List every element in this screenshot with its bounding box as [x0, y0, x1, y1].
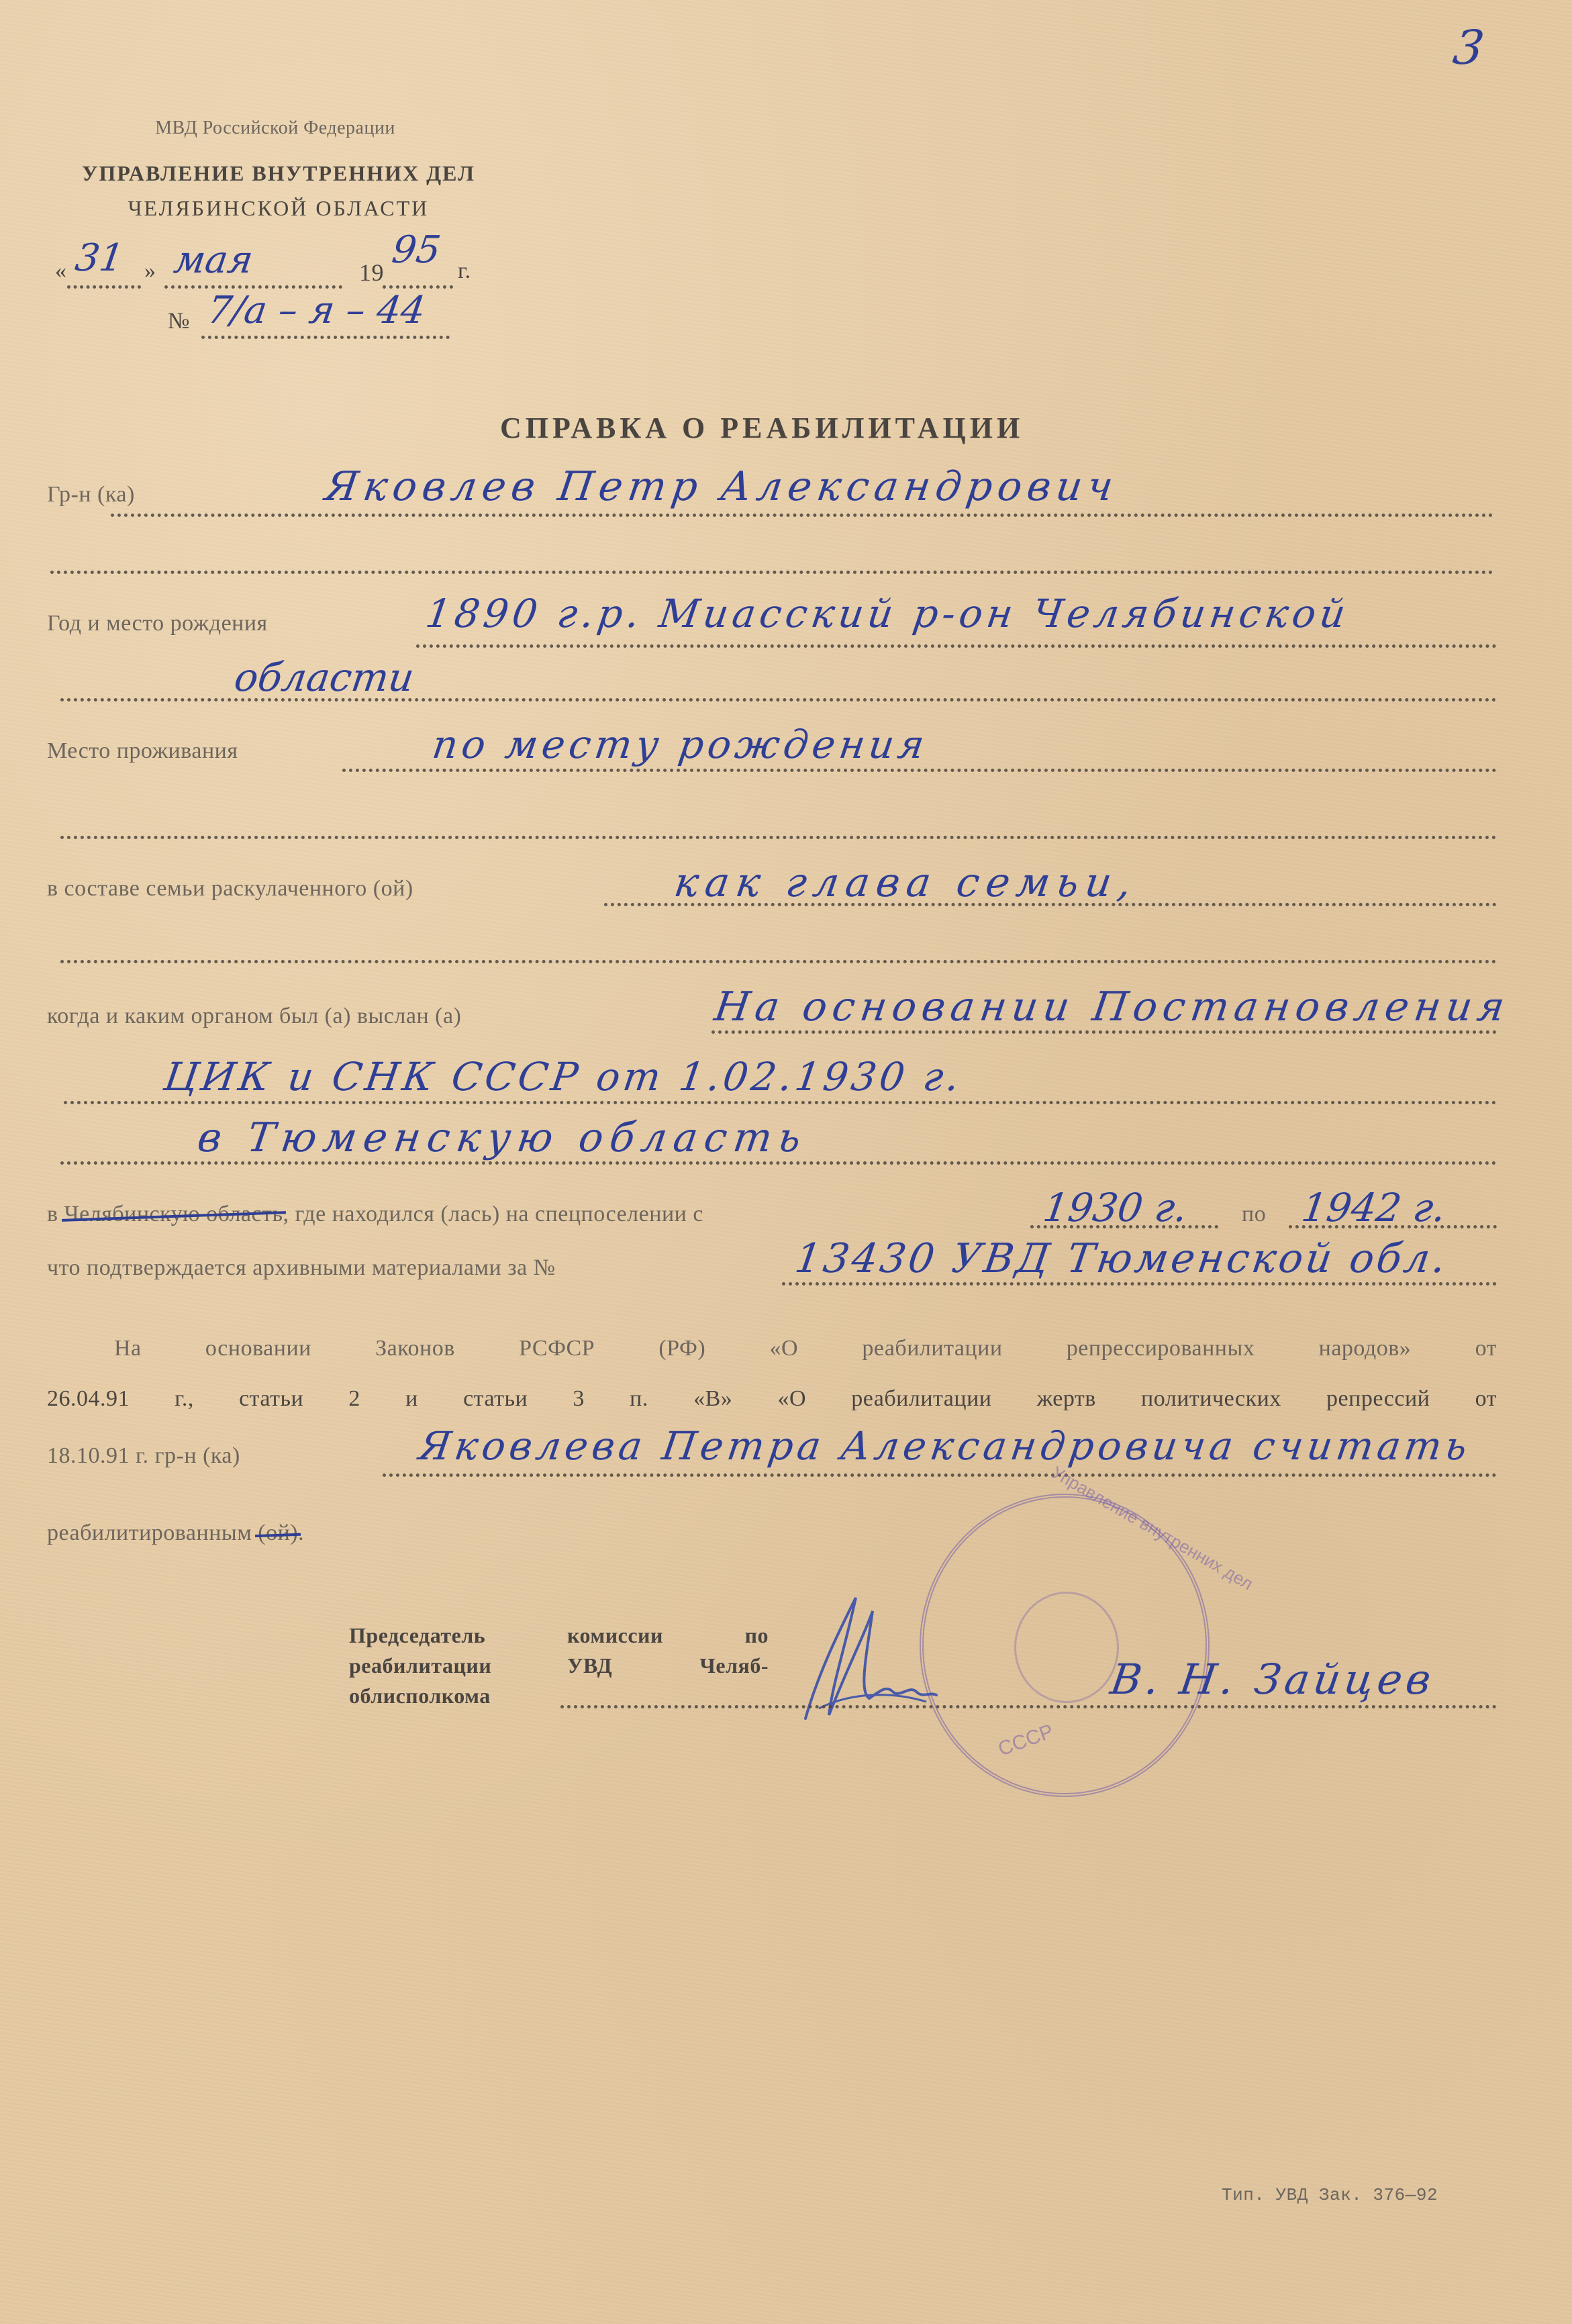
signer-title-line3: облисполкома: [349, 1684, 491, 1708]
settlement-to-label: по: [1242, 1202, 1266, 1227]
settlement-to-value: 1942 г.: [1299, 1185, 1448, 1230]
birth-value-line2: области: [232, 655, 417, 700]
settlement-struck-region: Челябинскую область: [64, 1202, 283, 1227]
date-year-prefix: 19: [359, 258, 384, 287]
deported-value-line2: ЦИК и СНК СССР от 1.02.1930 г.: [161, 1054, 965, 1100]
paragraph-line1: На основании Законов РСФСР (РФ) «О реаби…: [114, 1336, 1497, 1361]
deported-label: когда и каким органом был (а) выслан (а): [47, 1004, 461, 1029]
date-year-suffix: 95: [389, 228, 443, 272]
residence-value: по месту рождения: [430, 722, 931, 767]
family-label: в составе семьи раскулаченного (ой): [47, 876, 413, 902]
birth-value-line1: 1890 г.р. Миасский р-он Челябинской: [423, 591, 1353, 636]
settlement-text: , где находился (лась) на спецпоселении …: [283, 1202, 703, 1226]
date-day: 31: [72, 236, 126, 280]
department-name-line1: УПРАВЛЕНИЕ ВНУТРЕННИХ ДЕЛ: [54, 161, 503, 186]
deported-value-line1: На основании Постановления: [711, 983, 1513, 1030]
date-close-quote: »: [144, 258, 156, 284]
paragraph-line2: 26.04.91 г., статьи 2 и статьи 3 п. «В» …: [47, 1386, 1497, 1412]
date-month: мая: [171, 238, 256, 282]
closing-text: реабилитированным: [47, 1520, 252, 1545]
rehabilitated-person-value: Яковлева Петра Александровича считать: [416, 1423, 1474, 1469]
stamp-text-bottom: СССР: [995, 1720, 1057, 1761]
number-value: 7/а – я – 44: [205, 289, 428, 332]
family-value: как глава семьи,: [671, 859, 1141, 906]
paragraph-line3-label: 18.10.91 г. гр-н (ка): [47, 1443, 240, 1469]
settlement-from-value: 1930 г.: [1040, 1185, 1190, 1230]
signer-title-line2-left: реабилитации: [349, 1653, 491, 1678]
document-title: СПРАВКА О РЕАБИЛИТАЦИИ: [500, 411, 1024, 445]
deported-value-line3: в Тюменскую область: [195, 1114, 810, 1161]
stamp-text: Управление внутренних дел: [1048, 1462, 1257, 1594]
closing-struck: (ой): [258, 1520, 298, 1546]
archive-label: что подтверждается архивными материалами…: [47, 1255, 556, 1281]
date-open-quote: «: [55, 258, 67, 284]
birth-label: Год и место рождения: [47, 611, 268, 636]
signer-title-line2-right: УВД Челяб-: [567, 1653, 769, 1678]
ministry-name: МВД Российской Федерации: [101, 117, 450, 139]
print-info: Тип. УВД Зак. 376—92: [1222, 2185, 1438, 2205]
page-number-mark: 3: [1450, 20, 1487, 75]
signer-title-line1-right: комиссии по: [567, 1623, 769, 1648]
department-name-line2: ЧЕЛЯБИНСКОЙ ОБЛАСТИ: [54, 196, 503, 221]
settlement-prefix: в: [47, 1202, 58, 1226]
citizen-value: Яковлев Петр Александрович: [322, 463, 1121, 510]
citizen-label: Гр-н (ка): [47, 482, 135, 507]
archive-value: 13430 УВД Тюменской обл.: [792, 1235, 1451, 1282]
stamp-emblem: [1014, 1592, 1119, 1703]
residence-label: Место проживания: [47, 738, 238, 764]
handwritten-signature-icon: [792, 1591, 946, 1732]
date-year-unit: г.: [458, 258, 471, 284]
signer-title-line1-left: Председатель: [349, 1623, 485, 1648]
number-label: №: [168, 309, 190, 334]
official-stamp: Управление внутренних дел СССР: [920, 1494, 1210, 1797]
signatory-name: В. Н. Зайцев: [1108, 1655, 1438, 1704]
